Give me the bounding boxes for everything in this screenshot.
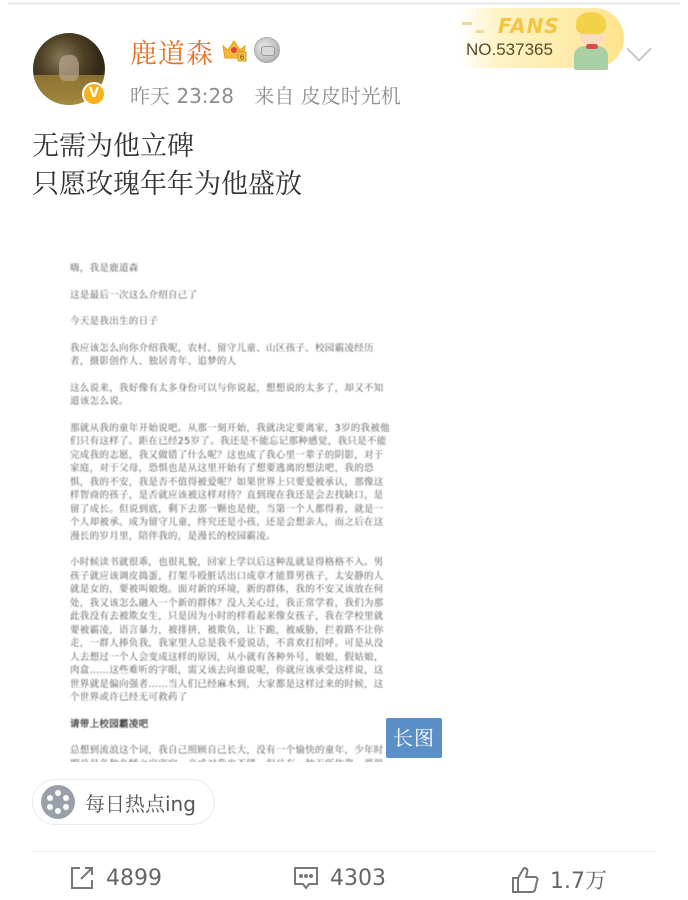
svg-text:6: 6: [240, 54, 245, 62]
long-image-tag: 长图: [386, 718, 442, 758]
doc-paragraph: 嗨，我是鹿道森: [70, 262, 390, 276]
post-meta: 昨天 23:28 来自 皮皮时光机: [130, 80, 415, 109]
like-button[interactable]: 1.7万: [510, 864, 607, 895]
post-text: 无需为他立碑 只愿玫瑰年年为他盛放: [32, 128, 302, 204]
comment-count: 4303: [330, 866, 386, 891]
crown-vip-icon[interactable]: 6: [221, 38, 247, 62]
topic-chip[interactable]: 每日热点ing: [32, 779, 215, 825]
verified-v-icon: V: [82, 82, 106, 106]
doc-paragraph: 总想到流浪这个词，我自己照顾自己长大，没有一个愉快的童年，少年时期总是各种杂糅之…: [70, 744, 390, 762]
post-time: 昨天 23:28: [130, 84, 234, 108]
fans-title: FANS: [498, 14, 560, 38]
like-count: 1.7万: [550, 864, 607, 895]
doc-paragraph: 今天是我出生的日子: [70, 315, 390, 329]
fans-number: NO.537365: [466, 40, 553, 60]
fans-badge[interactable]: FANS NO.537365: [458, 8, 624, 68]
comment-button[interactable]: 4303: [292, 864, 386, 892]
repost-button[interactable]: 4899: [68, 864, 162, 892]
post-text-line: 只愿玫瑰年年为他盛放: [32, 166, 302, 204]
little-prince-illustration: [568, 8, 620, 70]
document-content: 嗨，我是鹿道森 这是最后一次这么介绍自己了 今天是我出生的日子 我应该怎么向你介…: [70, 262, 390, 762]
topic-flower-icon: [41, 785, 75, 819]
top-divider: [8, 2, 680, 5]
chevron-down-icon[interactable]: [626, 36, 651, 61]
doc-paragraph: 小时候读书就很乖，也很礼貌，回家上学以后这种乱就显得格格不入。男孩子就应该调皮捣…: [70, 556, 390, 705]
repost-icon: [68, 864, 96, 892]
doc-heading: 请带上校园霸凌吧: [70, 718, 390, 732]
doc-paragraph: 这么说来，我好像有太多身份可以与你说起，想想说的太多了，却又不知道该怎么说。: [70, 382, 390, 409]
post-text-line: 无需为他立碑: [32, 128, 302, 166]
author-name[interactable]: 鹿道森: [130, 32, 214, 71]
decor-dash: [476, 30, 484, 33]
comment-icon: [292, 864, 320, 892]
decor-dash: [462, 22, 472, 25]
topic-label: 每日热点ing: [85, 788, 196, 817]
repost-count: 4899: [106, 866, 162, 891]
doc-paragraph: 这是最后一次这么介绍自己了: [70, 289, 390, 303]
avatar-figure: [59, 55, 79, 81]
thumbs-up-icon: [510, 865, 540, 895]
action-divider: [32, 851, 656, 852]
long-image[interactable]: 嗨，我是鹿道森 这是最后一次这么介绍自己了 今天是我出生的日子 我应该怎么向你介…: [32, 214, 442, 762]
doc-paragraph: 那就从我的童年开始说吧。从那一刻开始，我就决定要离家，3岁的我被他们只有这样了。…: [70, 422, 390, 544]
post-source[interactable]: 来自 皮皮时光机: [254, 84, 400, 108]
doc-paragraph: 我应该怎么向你介绍我呢，农村、留守儿童、山区孩子、校园霸凌经历者，摄影创作人、独…: [70, 342, 390, 369]
silver-medal-icon[interactable]: [254, 37, 280, 63]
